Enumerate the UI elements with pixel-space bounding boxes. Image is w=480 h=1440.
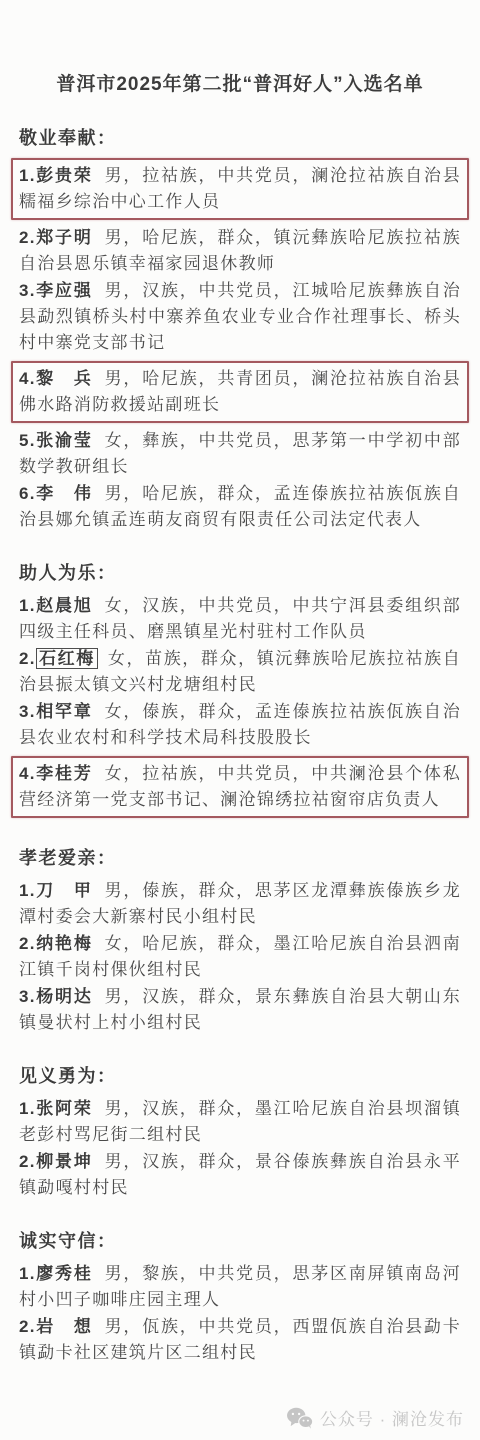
person-entry: 1.刀 甲男，傣族，群众，思茅区龙潭彝族傣族乡龙潭村委会大新寨村民小组村民 bbox=[19, 878, 461, 930]
person-name: 张阿荣 bbox=[36, 1099, 93, 1118]
person-number: 3. bbox=[19, 987, 36, 1006]
person-name: 柳景坤 bbox=[36, 1152, 93, 1171]
section-bravery: 见义勇为： 1.张阿荣男，汉族，群众，墨江哈尼族自治县坝溜镇老彭村骂尼街二组村民… bbox=[19, 1064, 461, 1201]
person-number: 4. bbox=[19, 369, 36, 388]
person-number: 3. bbox=[19, 702, 36, 721]
document-page: 普洱市2025年第二批“普洱好人”入选名单 敬业奉献： 1.彭贵荣男，拉祜族，中… bbox=[0, 0, 480, 1440]
person-entry: 2.石红梅女，苗族，群众，镇沅彝族哈尼族拉祜族自治县振太镇文兴村龙塘组村民 bbox=[19, 646, 461, 698]
person-name: 张渝莹 bbox=[36, 431, 93, 450]
section-heading: 孝老爱亲： bbox=[19, 846, 461, 870]
person-name: 杨明达 bbox=[36, 987, 93, 1006]
wechat-icon bbox=[286, 1407, 313, 1429]
section-heading: 敬业奉献： bbox=[19, 126, 461, 150]
watermark-text: 公众号 · 澜沧发布 bbox=[320, 1405, 464, 1430]
person-number: 1. bbox=[19, 596, 36, 615]
person-name: 纳艳梅 bbox=[36, 934, 93, 953]
person-entry: 2.纳艳梅女，哈尼族，群众，墨江哈尼族自治县泗南江镇千岗村倮伙组村民 bbox=[19, 931, 461, 983]
person-name: 李桂芳 bbox=[36, 764, 93, 783]
person-name: 岩 想 bbox=[36, 1317, 93, 1336]
section-filial-piety: 孝老爱亲： 1.刀 甲男，傣族，群众，思茅区龙潭彝族傣族乡龙潭村委会大新寨村民小… bbox=[19, 846, 461, 1036]
person-number: 2. bbox=[19, 1317, 36, 1336]
person-entry: 1.张阿荣男，汉族，群众，墨江哈尼族自治县坝溜镇老彭村骂尼街二组村民 bbox=[19, 1096, 461, 1148]
person-number: 6. bbox=[19, 484, 36, 503]
person-number: 1. bbox=[19, 881, 36, 900]
person-entry: 6.李 伟男，哈尼族，群众，孟连傣族拉祜族佤族自治县娜允镇孟连萌友商贸有限责任公… bbox=[19, 481, 461, 533]
person-name: 赵晨旭 bbox=[36, 596, 93, 615]
person-name: 李 伟 bbox=[36, 484, 93, 503]
person-name-boxed: 石红梅 bbox=[36, 648, 98, 669]
person-number: 1. bbox=[19, 1099, 36, 1118]
person-number: 5. bbox=[19, 431, 36, 450]
page-title: 普洱市2025年第二批“普洱好人”入选名单 bbox=[19, 72, 461, 98]
person-name: 李应强 bbox=[36, 281, 93, 300]
person-entry-highlighted: 4.李桂芳女，拉祜族，中共党员，中共澜沧县个体私营经济第一党支部书记、澜沧锦绣拉… bbox=[11, 756, 469, 818]
person-name: 刀 甲 bbox=[36, 881, 93, 900]
person-entry: 2.郑子明男，哈尼族，群众，镇沅彝族哈尼族拉祜族自治县恩乐镇幸福家园退休教师 bbox=[19, 225, 461, 277]
section-heading: 助人为乐： bbox=[19, 561, 461, 585]
person-entry: 1.廖秀桂男，黎族，中共党员，思茅区南屏镇南岛河村小凹子咖啡庄园主理人 bbox=[19, 1261, 461, 1313]
person-number: 3. bbox=[19, 281, 36, 300]
person-entry: 5.张渝莹女，彝族，中共党员，思茅第一中学初中部数学教研组长 bbox=[19, 428, 461, 480]
person-number: 2. bbox=[19, 1152, 36, 1171]
person-entry: 3.李应强男，汉族，中共党员，江城哈尼族彝族自治县勐烈镇桥头村中寨养鱼农业专业合… bbox=[19, 278, 461, 356]
person-entry: 2.岩 想男，佤族，中共党员，西盟佤族自治县勐卡镇勐卡社区建筑片区二组村民 bbox=[19, 1314, 461, 1366]
person-entry: 2.柳景坤男，汉族，群众，景谷傣族彝族自治县永平镇勐嘎村村民 bbox=[19, 1149, 461, 1201]
person-number: 1. bbox=[19, 166, 36, 185]
person-number: 1. bbox=[19, 1264, 36, 1283]
person-entry: 3.杨明达男，汉族，群众，景东彝族自治县大朝山东镇曼状村上村小组村民 bbox=[19, 984, 461, 1036]
person-entry-highlighted: 1.彭贵荣男，拉祜族，中共党员，澜沧拉祜族自治县糯福乡综治中心工作人员 bbox=[11, 158, 469, 220]
person-name: 相罕章 bbox=[36, 702, 93, 721]
person-number: 2. bbox=[19, 649, 36, 668]
section-heading: 见义勇为： bbox=[19, 1064, 461, 1088]
section-dedication: 敬业奉献： 1.彭贵荣男，拉祜族，中共党员，澜沧拉祜族自治县糯福乡综治中心工作人… bbox=[19, 126, 461, 533]
person-entry: 1.赵晨旭女，汉族，中共党员，中共宁洱县委组织部四级主任科员、磨黑镇星光村驻村工… bbox=[19, 593, 461, 645]
person-name: 廖秀桂 bbox=[36, 1264, 93, 1283]
person-entry-highlighted: 4.黎 兵男，哈尼族，共青团员，澜沧拉祜族自治县佛水路消防救援站副班长 bbox=[11, 361, 469, 423]
person-number: 2. bbox=[19, 228, 36, 247]
section-heading: 诚实守信： bbox=[19, 1229, 461, 1253]
person-entry: 3.相罕章女，傣族，群众，孟连傣族拉祜族佤族自治县农业农村和科学技术局科技股股长 bbox=[19, 699, 461, 751]
watermark: 公众号 · 澜沧发布 bbox=[286, 1405, 464, 1430]
person-name: 彭贵荣 bbox=[36, 166, 93, 185]
person-name: 郑子明 bbox=[36, 228, 93, 247]
person-name: 黎 兵 bbox=[36, 369, 93, 388]
person-number: 4. bbox=[19, 764, 36, 783]
person-number: 2. bbox=[19, 934, 36, 953]
section-honesty: 诚实守信： 1.廖秀桂男，黎族，中共党员，思茅区南屏镇南岛河村小凹子咖啡庄园主理… bbox=[19, 1229, 461, 1366]
section-helpfulness: 助人为乐： 1.赵晨旭女，汉族，中共党员，中共宁洱县委组织部四级主任科员、磨黑镇… bbox=[19, 561, 461, 818]
